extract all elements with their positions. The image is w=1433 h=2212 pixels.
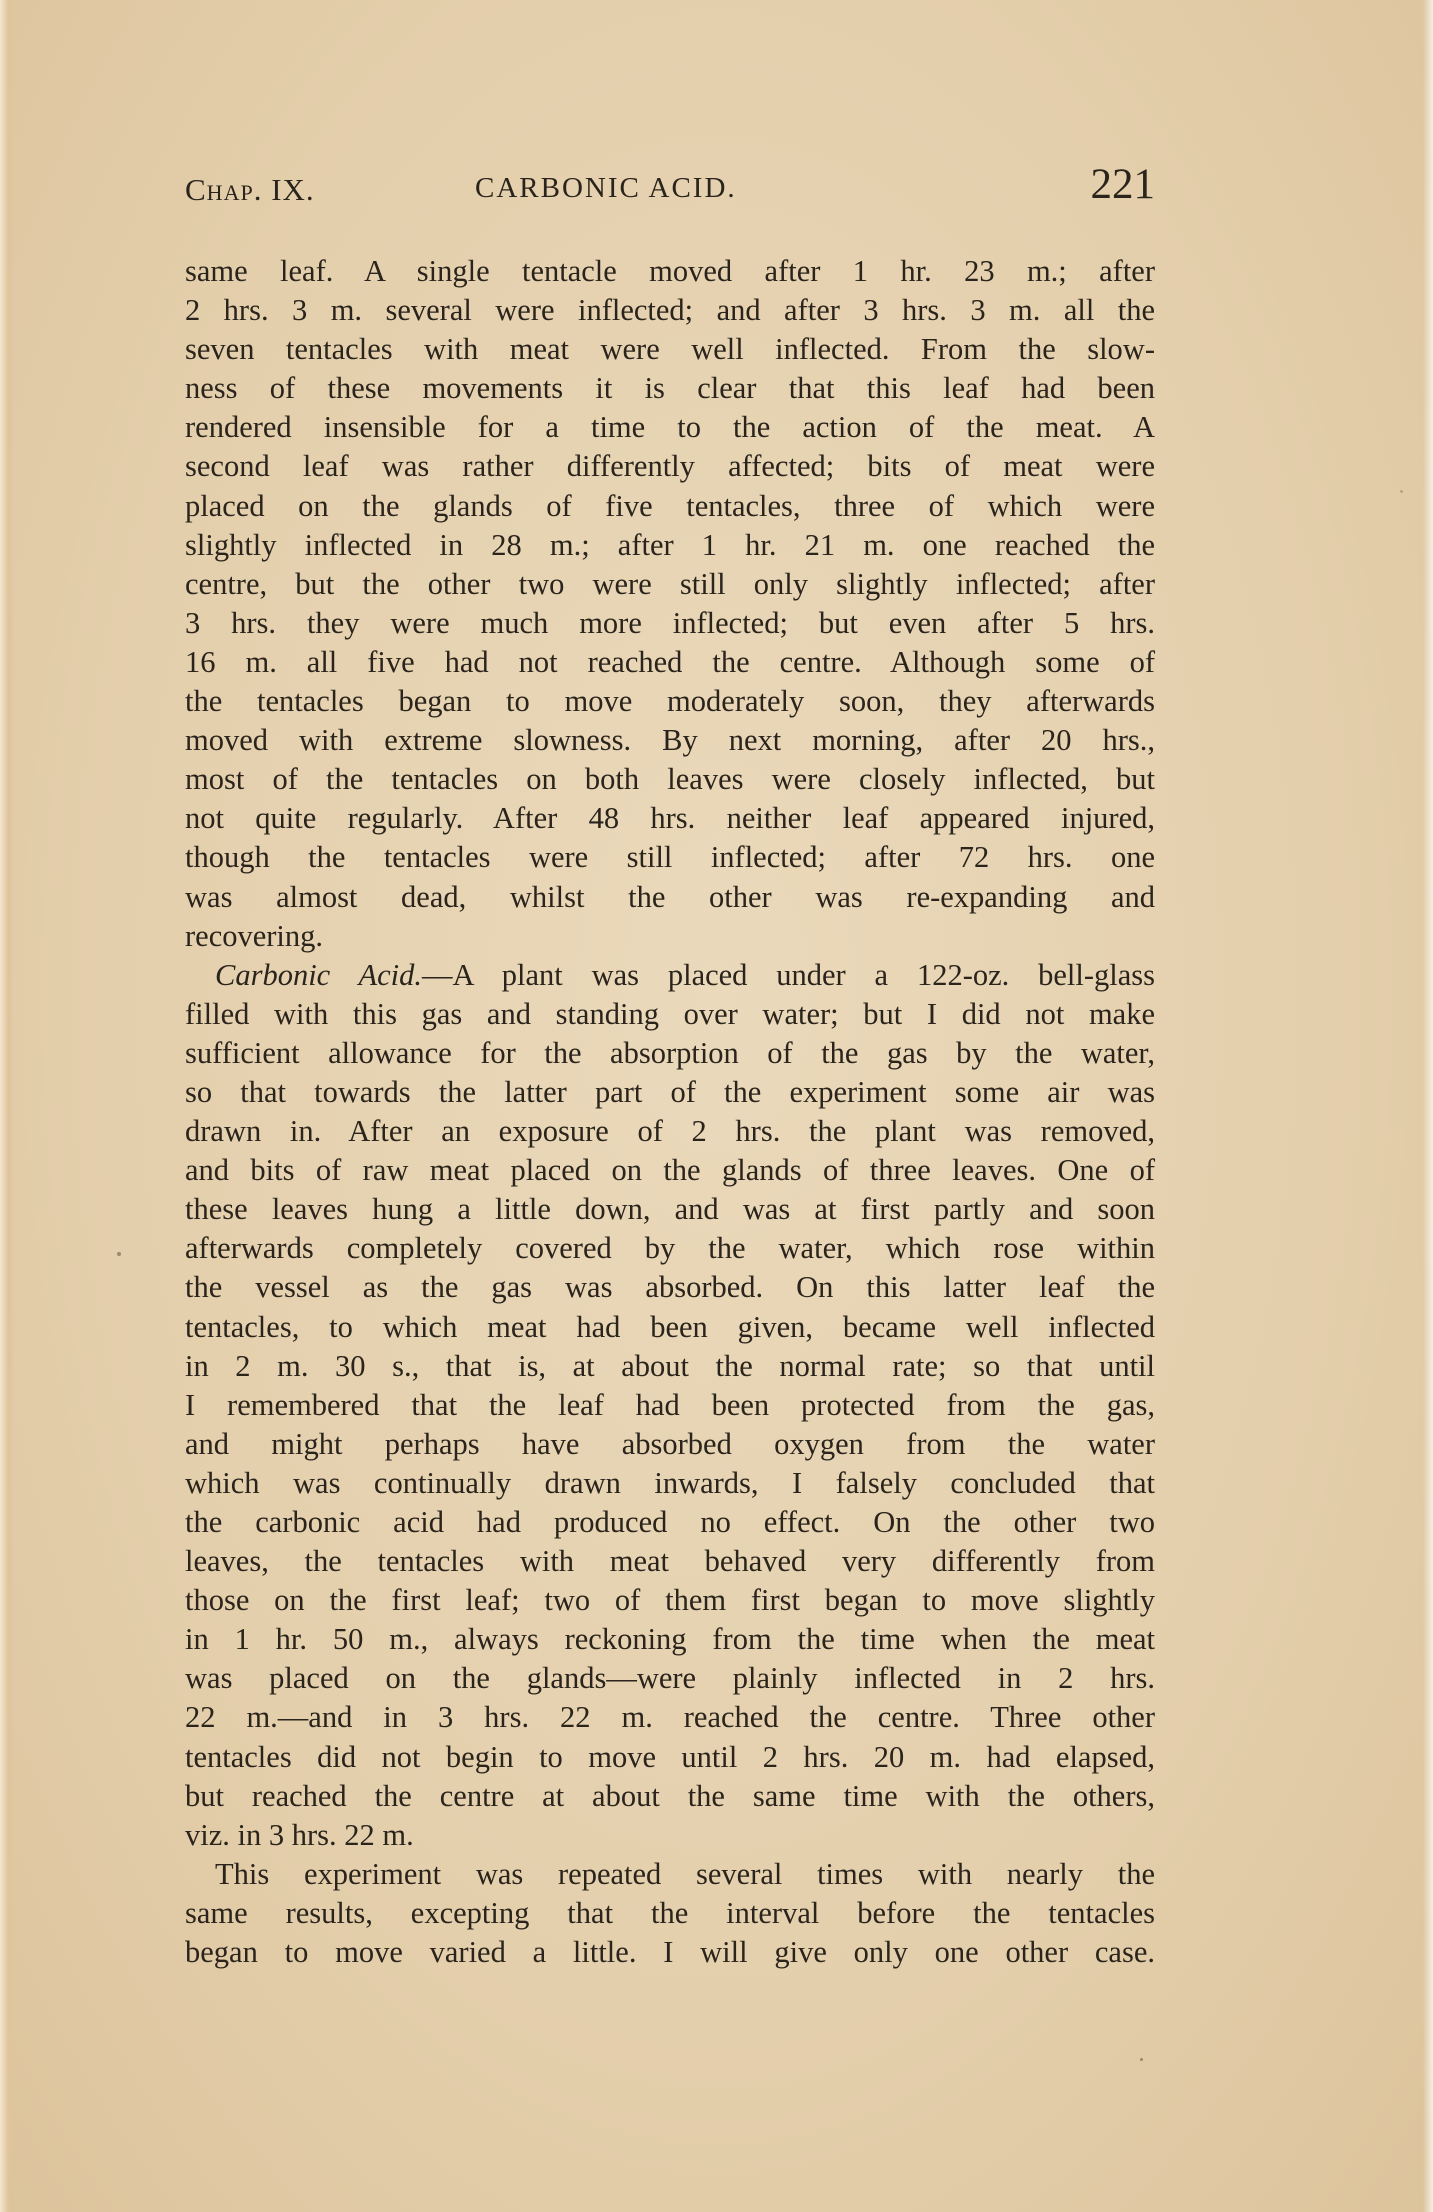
text-line: was placed on the glands—were plainly in… [185, 1659, 1155, 1698]
margin-speck [1400, 490, 1403, 493]
text-line: and might perhaps have absorbed oxygen f… [185, 1425, 1155, 1464]
text-line: those on the first leaf; two of them fir… [185, 1581, 1155, 1620]
text-line: seven tentacles with meat were well infl… [185, 330, 1155, 369]
text-line: drawn in. After an exposure of 2 hrs. th… [185, 1112, 1155, 1151]
text-line: which was continually drawn inwards, I f… [185, 1464, 1155, 1503]
section-lead-text: —A plant was placed under a 122-oz. bell… [422, 958, 1155, 992]
text-line: most of the tentacles on both leaves wer… [185, 760, 1155, 799]
text-line: viz. in 3 hrs. 22 m. [185, 1816, 1155, 1855]
text-line: tentacles did not begin to move until 2 … [185, 1738, 1155, 1777]
text-line: sufficient allowance for the absorption … [185, 1034, 1155, 1073]
body-text: same leaf. A single tentacle moved after… [185, 252, 1155, 1972]
text-line: 16 m. all five had not reached the centr… [185, 643, 1155, 682]
page-right-edge [1423, 0, 1433, 2212]
text-line: so that towards the latter part of the e… [185, 1073, 1155, 1112]
book-page: Chap. IX. CARBONIC ACID. 221 same leaf. … [0, 0, 1433, 2212]
text-line: but reached the centre at about the same… [185, 1777, 1155, 1816]
text-line: afterwards completely covered by the wat… [185, 1229, 1155, 1268]
text-line: rendered insensible for a time to the ac… [185, 408, 1155, 447]
text-line: and bits of raw meat placed on the gland… [185, 1151, 1155, 1190]
text-line: the carbonic acid had produced no effect… [185, 1503, 1155, 1542]
paragraph-carbonic-acid: Carbonic Acid.—A plant was placed under … [185, 956, 1155, 1855]
running-title: CARBONIC ACID. [475, 172, 737, 205]
text-line: tentacles, to which meat had been given,… [185, 1308, 1155, 1347]
text-line: leaves, the tentacles with meat behaved … [185, 1542, 1155, 1581]
text-line: 2 hrs. 3 m. several were inflected; and … [185, 291, 1155, 330]
page-number: 221 [1091, 160, 1156, 209]
page-left-edge [0, 0, 14, 2212]
paragraph-continuation: same leaf. A single tentacle moved after… [185, 252, 1155, 956]
text-line: not quite regularly. After 48 hrs. neith… [185, 799, 1155, 838]
text-line: ness of these movements it is clear that… [185, 369, 1155, 408]
text-line: same leaf. A single tentacle moved after… [185, 252, 1155, 291]
text-line: moved with extreme slowness. By next mor… [185, 721, 1155, 760]
text-line: the vessel as the gas was absorbed. On t… [185, 1268, 1155, 1307]
running-head: Chap. IX. CARBONIC ACID. 221 [185, 160, 1155, 220]
text-line: the tentacles began to move moderately s… [185, 682, 1155, 721]
text-line: 22 m.—and in 3 hrs. 22 m. reached the ce… [185, 1698, 1155, 1737]
text-line: I remembered that the leaf had been prot… [185, 1386, 1155, 1425]
text-line: though the tentacles were still inflecte… [185, 838, 1155, 877]
text-line: these leaves hung a little down, and was… [185, 1190, 1155, 1229]
margin-speck [117, 1252, 121, 1256]
text-line: was almost dead, whilst the other was re… [185, 878, 1155, 917]
section-heading: Carbonic Acid. [215, 958, 422, 992]
text-line: second leaf was rather differently affec… [185, 447, 1155, 486]
paragraph-final: This experiment was repeated several tim… [185, 1855, 1155, 1972]
text-line: This experiment was repeated several tim… [185, 1855, 1155, 1894]
text-line: placed on the glands of five tentacles, … [185, 487, 1155, 526]
text-line: in 1 hr. 50 m., always reckoning from th… [185, 1620, 1155, 1659]
text-line: 3 hrs. they were much more inflected; bu… [185, 604, 1155, 643]
text-line: slightly inflected in 28 m.; after 1 hr.… [185, 526, 1155, 565]
text-line: began to move varied a little. I will gi… [185, 1933, 1155, 1972]
text-line: same results, excepting that the interva… [185, 1894, 1155, 1933]
margin-speck [1140, 2058, 1143, 2061]
text-line: in 2 m. 30 s., that is, at about the nor… [185, 1347, 1155, 1386]
text-line: Carbonic Acid.—A plant was placed under … [185, 956, 1155, 995]
chapter-label: Chap. IX. [185, 172, 315, 208]
text-line: filled with this gas and standing over w… [185, 995, 1155, 1034]
text-line: centre, but the other two were still onl… [185, 565, 1155, 604]
text-line: recovering. [185, 917, 1155, 956]
